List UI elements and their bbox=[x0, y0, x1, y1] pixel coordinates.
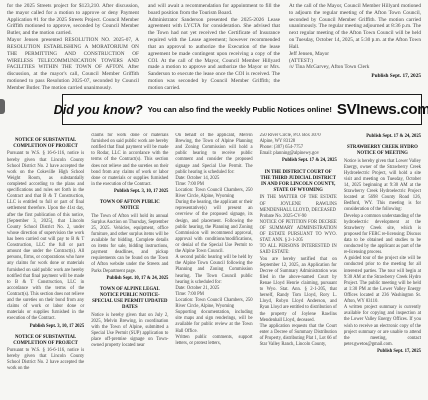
did-you-know-banner: Did you know? You can also find the week… bbox=[62, 94, 422, 125]
minutes-column-2: and will await a recommendation for appo… bbox=[148, 3, 280, 90]
notice-column-4: 250 River Circle, P.O. Box 3070Alpine, W… bbox=[260, 133, 337, 398]
banner-middle-text: You can also find the weekly Public Noti… bbox=[148, 105, 332, 114]
notice-paragraph: Location: Town Council Chambers, 250 Riv… bbox=[175, 188, 252, 200]
notice-paragraph: Notice is hereby given that on July 2, 2… bbox=[91, 313, 168, 350]
notice-heading: NOTICE OF SUBSTANTIAL COMPLETION OF PROJ… bbox=[7, 335, 84, 347]
notice-paragraph: The Town of Afton will hold its annual S… bbox=[91, 214, 168, 275]
notice-paragraph: Written public comments, support letters… bbox=[175, 335, 252, 347]
notice-paragraph: for the 2025 Streets project for $123,21… bbox=[7, 3, 139, 37]
notice-paragraph: On behalf of the applicant, Melvin Brewi… bbox=[175, 133, 252, 176]
notice-paragraph: Administrator Sanderson presented the 20… bbox=[148, 17, 280, 90]
notice-paragraph: Notice is hereby given that Lower Valley… bbox=[344, 159, 421, 214]
notice-heading: STRAWBERRY CREEK HYDRO NOTICE OF MEETING bbox=[344, 145, 421, 157]
notice-paragraph: Pursuant to W.S. § 16-6-116, notice is h… bbox=[7, 348, 84, 372]
text-line: Jeff Jensen, Mayor bbox=[289, 51, 421, 58]
notice-paragraph: A second public hearing will be held by … bbox=[175, 255, 252, 286]
publish-line: Publish Sept. 17, 2025 bbox=[289, 73, 421, 80]
notice-heading: TOWN OF AFTON PUBLIC NOTICE bbox=[91, 200, 168, 212]
notice-column-1: NOTICE OF SUBSTANTIAL COMPLETION OF PROJ… bbox=[7, 133, 84, 398]
notice-paragraph: Supporting documentation, including site… bbox=[175, 310, 252, 334]
publish-line: Publish Sept. 10, 17 & 24, 2025 bbox=[91, 276, 168, 282]
notice-paragraph: claims for work done or materials furnis… bbox=[91, 133, 168, 188]
notice-paragraph: You are hereby notified that on Septembe… bbox=[260, 257, 337, 324]
notice-column-3: On behalf of the applicant, Melvin Brewi… bbox=[175, 133, 252, 398]
notice-paragraph: During the hearing, the applicant or the… bbox=[175, 200, 252, 255]
notice-paragraph: NOTICE OF PETITION FOR DECREE OF SUMMARY… bbox=[260, 220, 337, 244]
notice-column-2: claims for work done or materials furnis… bbox=[91, 133, 168, 398]
minutes-column-3: At the call of the Mayor, Council Member… bbox=[289, 3, 421, 90]
notice-paragraph: and will await a recommendation for appo… bbox=[148, 3, 280, 17]
public-notices-section: NOTICE OF SUBSTANTIAL COMPLETION OF PROJ… bbox=[7, 133, 421, 398]
notice-paragraph: Develop a common understanding of the hy… bbox=[344, 214, 421, 257]
notice-paragraph: At the call of the Mayor, Council Member… bbox=[289, 3, 421, 51]
publish-line: Publish Sept. 17 & 24, 2025 bbox=[260, 158, 337, 164]
notice-heading: NOTICE OF SUBSTANTIAL COMPLETION OF PROJ… bbox=[7, 138, 84, 150]
notice-column-5: Publish Sept. 17 & 24, 2025STRAWBERRY CR… bbox=[344, 133, 421, 398]
banner-lead-text: Did you know? bbox=[54, 103, 143, 117]
text-line: Email: planning@alpinewy.gov bbox=[260, 151, 337, 157]
text-line: /s/ Tina McGarvey, Afton Town Clerk bbox=[289, 64, 421, 71]
council-minutes-section: for the 2025 Streets project for $123,21… bbox=[7, 3, 421, 90]
notice-paragraph: Mayor Jensen presented RESOLUTION NO. 20… bbox=[7, 37, 139, 90]
notice-paragraph: Pursuant to W.S. § 16-6-116, notice is h… bbox=[7, 151, 84, 322]
minutes-column-1: for the 2025 Streets project for $123,21… bbox=[7, 3, 139, 90]
notice-paragraph: A guided tour of the project site will b… bbox=[344, 256, 421, 305]
notice-paragraph: IN THE MATTER OF THE ESTATE OF JOYLENE R… bbox=[260, 195, 337, 213]
notice-paragraph: A written project summary is currently a… bbox=[344, 305, 421, 348]
banner-website-text: SVInews.com bbox=[337, 101, 428, 118]
notice-heading: IN THE DISTRICT COURT OF THE THIRD JUDIC… bbox=[260, 170, 337, 195]
notice-paragraph: The application requests that the Court … bbox=[260, 324, 337, 348]
publish-line: Publish Sept. 17 & 24, 2025 bbox=[344, 134, 421, 140]
notice-paragraph: TO ALL PERSONS INTERESTED IN SAID ESTATE… bbox=[260, 244, 337, 256]
notice-paragraph: Location: Town Council Chambers, 250 Riv… bbox=[175, 298, 252, 310]
publish-line: Publish Sept. 3, 10, 17 2025 bbox=[91, 189, 168, 195]
publish-line: Publish Sept. 3, 10, 17 2025 bbox=[7, 324, 84, 330]
scan-artifact bbox=[0, 99, 5, 114]
publish-line: Publish Sept. 17, 2025 bbox=[344, 349, 421, 355]
notice-heading: TOWN OF ALPINE LEGAL NOTICE PUBLIC NOTIC… bbox=[91, 287, 168, 312]
